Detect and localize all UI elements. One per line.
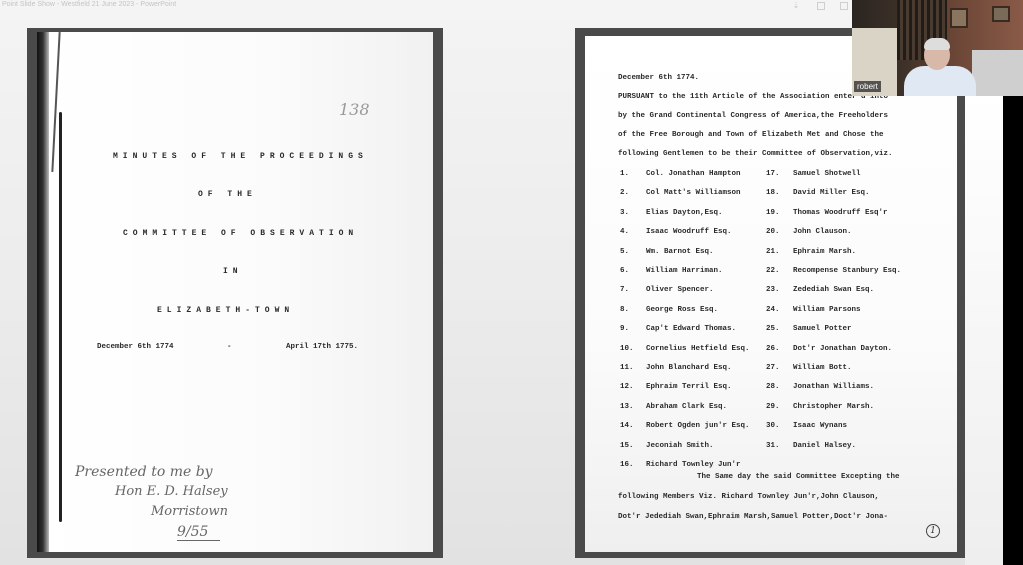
member-number: 30. <box>766 422 780 430</box>
member-name: Isaac Wynans <box>793 422 847 430</box>
participant-hair <box>924 38 950 50</box>
member-number: 20. <box>766 228 780 236</box>
title-line-1: MINUTES OF THE PROCEEDINGS <box>113 152 368 161</box>
closing-line-1: The Same day the said Committee Exceptin… <box>697 473 900 481</box>
member-number: 28. <box>766 383 780 391</box>
member-name: William Bott. <box>793 364 852 372</box>
member-name: Isaac Woodruff Esq. <box>646 228 732 236</box>
video-frame <box>950 8 968 28</box>
member-name: Daniel Halsey. <box>793 442 856 450</box>
member-number: 16. <box>620 461 634 469</box>
minutes-date: December 6th 1774. <box>618 74 699 82</box>
member-name: Abraham Clark Esq. <box>646 403 727 411</box>
window-title: Point Slide Show - Westfield 21 June 202… <box>2 1 176 8</box>
folio-number: 138 <box>339 100 370 119</box>
member-number: 29. <box>766 403 780 411</box>
member-number: 27. <box>766 364 780 372</box>
member-name: Recompense Stanbury Esq. <box>793 267 901 275</box>
member-name: Ephraim Terril Esq. <box>646 383 732 391</box>
date-from: December 6th 1774 <box>97 343 174 351</box>
member-name: Zedediah Swan Esq. <box>793 286 874 294</box>
member-number: 1. <box>620 170 629 178</box>
member-number: 8. <box>620 306 629 314</box>
screen-edge <box>1003 95 1023 565</box>
title-line-4: IN <box>223 267 243 276</box>
date-to: April 17th 1775. <box>286 343 358 351</box>
intro-line-4: following Gentlemen to be their Committe… <box>618 150 893 158</box>
member-name: William Harriman. <box>646 267 723 275</box>
closing-line-2: following Members Viz. Richard Townley J… <box>618 493 879 501</box>
member-number: 15. <box>620 442 634 450</box>
member-number: 24. <box>766 306 780 314</box>
background-strip <box>965 95 1003 565</box>
member-number: 9. <box>620 325 629 333</box>
member-number: 31. <box>766 442 780 450</box>
member-number: 11. <box>620 364 634 372</box>
member-number: 2. <box>620 189 629 197</box>
participant-video[interactable]: robert <box>852 0 1023 96</box>
member-name: Thomas Woodruff Esq'r <box>793 209 888 217</box>
title-line-3: COMMITTEE OF OBSERVATION <box>123 229 358 238</box>
member-name: Richard Townley Jun'r <box>646 461 741 469</box>
member-name: William Parsons <box>793 306 861 314</box>
member-number: 7. <box>620 286 629 294</box>
member-name: George Ross Esq. <box>646 306 718 314</box>
member-name: Elias Dayton,Esq. <box>646 209 723 217</box>
member-number: 25. <box>766 325 780 333</box>
participant-name: robert <box>854 81 881 92</box>
binding-stroke <box>59 112 62 522</box>
window-icon[interactable] <box>840 2 848 10</box>
member-name: Cornelius Hetfield Esq. <box>646 345 750 353</box>
member-number: 5. <box>620 248 629 256</box>
member-number: 14. <box>620 422 634 430</box>
page-binding <box>37 32 49 552</box>
intro-line-2: by the Grand Continental Congress of Ame… <box>618 112 888 120</box>
handwritten-line-1: Presented to me by <box>75 464 213 480</box>
member-name: Jonathan Williams. <box>793 383 874 391</box>
title-line-5: ELIZABETH-TOWN <box>157 306 294 315</box>
closing-line-3: Dot'r Jedediah Swan,Ephraim Marsh,Samuel… <box>618 513 888 521</box>
member-name: Wm. Barnot Esq. <box>646 248 714 256</box>
member-name: John Blanchard Esq. <box>646 364 732 372</box>
member-name: David Miller Esq. <box>793 189 870 197</box>
member-number: 18. <box>766 189 780 197</box>
member-name: Samuel Shotwell <box>793 170 861 178</box>
member-number: 6. <box>620 267 629 275</box>
member-name: Jeconiah Smith. <box>646 442 714 450</box>
title-line-2: OF THE <box>198 190 257 199</box>
intro-line-3: of the Free Borough and Town of Elizabet… <box>618 131 884 139</box>
member-name: Samuel Potter <box>793 325 852 333</box>
page-number: 1 <box>926 524 940 538</box>
member-number: 17. <box>766 170 780 178</box>
handwritten-line-2: Hon E. D. Halsey <box>115 484 228 499</box>
member-number: 21. <box>766 248 780 256</box>
participant-body <box>904 66 976 96</box>
title-page: 138 MINUTES OF THE PROCEEDINGS OF THE CO… <box>37 32 433 552</box>
member-name: Oliver Spencer. <box>646 286 714 294</box>
member-name: Ephraim Marsh. <box>793 248 856 256</box>
restore-icon[interactable] <box>817 2 825 10</box>
member-number: 3. <box>620 209 629 217</box>
member-number: 22. <box>766 267 780 275</box>
date-separator: - <box>227 343 232 351</box>
member-name: John Clauson. <box>793 228 852 236</box>
member-name: Robert Ogden jun'r Esq. <box>646 422 750 430</box>
minutes-page: December 6th 1774. PURSUANT to the 11th … <box>585 36 957 552</box>
handwritten-line-4: 9/55 <box>177 524 220 541</box>
member-number: 10. <box>620 345 634 353</box>
slide-right-document: December 6th 1774. PURSUANT to the 11th … <box>575 28 965 558</box>
member-name: Col Matt's Williamson <box>646 189 741 197</box>
member-name: Dot'r Jonathan Dayton. <box>793 345 892 353</box>
member-name: Col. Jonathan Hampton <box>646 170 741 178</box>
member-name: Christopher Marsh. <box>793 403 874 411</box>
member-number: 26. <box>766 345 780 353</box>
slide-left-document: 138 MINUTES OF THE PROCEEDINGS OF THE CO… <box>27 28 443 558</box>
member-number: 19. <box>766 209 780 217</box>
member-number: 23. <box>766 286 780 294</box>
pin-icon[interactable]: ⇣ <box>792 2 800 10</box>
member-name: Cap't Edward Thomas. <box>646 325 736 333</box>
handwritten-line-3: Morristown <box>151 504 228 519</box>
member-number: 12. <box>620 383 634 391</box>
member-number: 13. <box>620 403 634 411</box>
intro-line-1: PURSUANT to the 11th Article of the Asso… <box>618 93 888 101</box>
member-number: 4. <box>620 228 629 236</box>
video-cabinet <box>972 50 1023 96</box>
video-frame <box>992 6 1010 22</box>
